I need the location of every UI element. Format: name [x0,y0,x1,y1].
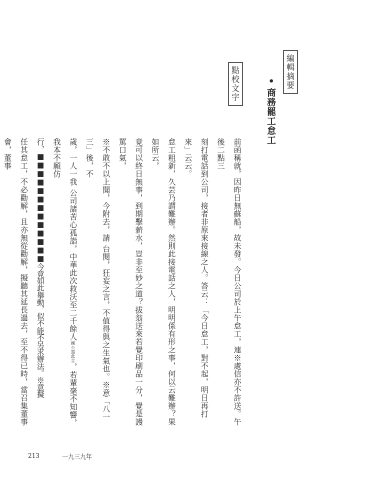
text-column-redacted: 行，■■■■■■■■■■■■■今竟如此舉動，似不能不另求辦法。※意擬 [32,138,48,428]
text-column: ※不敢不以上聞，今附去，請 台閱，狂妄之言，不值得與之生氣也。※意「八一三」後，… [81,138,114,428]
page-number: 213 [28,453,39,460]
bullet-icon: • [265,78,275,84]
text-column: 竟可以終日無事，到期擊薪水，豈非至妙之道？拔翁送來若覺印刷品一分，覺是謾罵口氣， [114,138,147,428]
text-column: 任其怠工，不必勸解，且亦無從勸解，擬聽其延長過去，至不得已時，當召集董事會，董事 [0,138,32,428]
text-column: 歲，一人一我 公司諸苦心孤詣，中華此次救沃至二千餘人擴公謂此言，若輩毫不知響，我… [48,138,81,428]
text-column: 怠工粗新，久芸乃謂難辦。然則此接電話之人，明明係有形之事，何以云難辦？果如所云， [147,138,180,428]
summary-label-box: 編輯摘要 [283,50,298,94]
collate-label-box: 點校文字 [228,62,243,106]
column-text: 歲，一人一我 公司諸苦心孤詣，中華此次救沃至二千餘人 [69,138,78,341]
collate-label: 點校文字 [231,66,240,102]
title-text: 商務罷工怠工 [265,88,275,145]
inline-annotation: 擴公謂此言 [71,341,76,363]
document-title: • 商務罷工怠工 [264,78,277,145]
footer-year: 一九三九年 [62,452,92,461]
text-column: 前函稱就，因昨日無蘇船，故未發。今日公司於上午怠工，連※處信亦不許送。午後二點三 [212,138,245,428]
summary-label: 編輯摘要 [286,54,295,90]
text-column: 刻打電話到公司，接者非原來接線之人。答云：「今日怠工，對不起，明日再打來」云云。 [179,138,212,428]
document-body: 前函稱就，因昨日無蘇船，故未發。今日公司於上午怠工，連※處信亦不許送。午後二點三… [65,138,245,428]
